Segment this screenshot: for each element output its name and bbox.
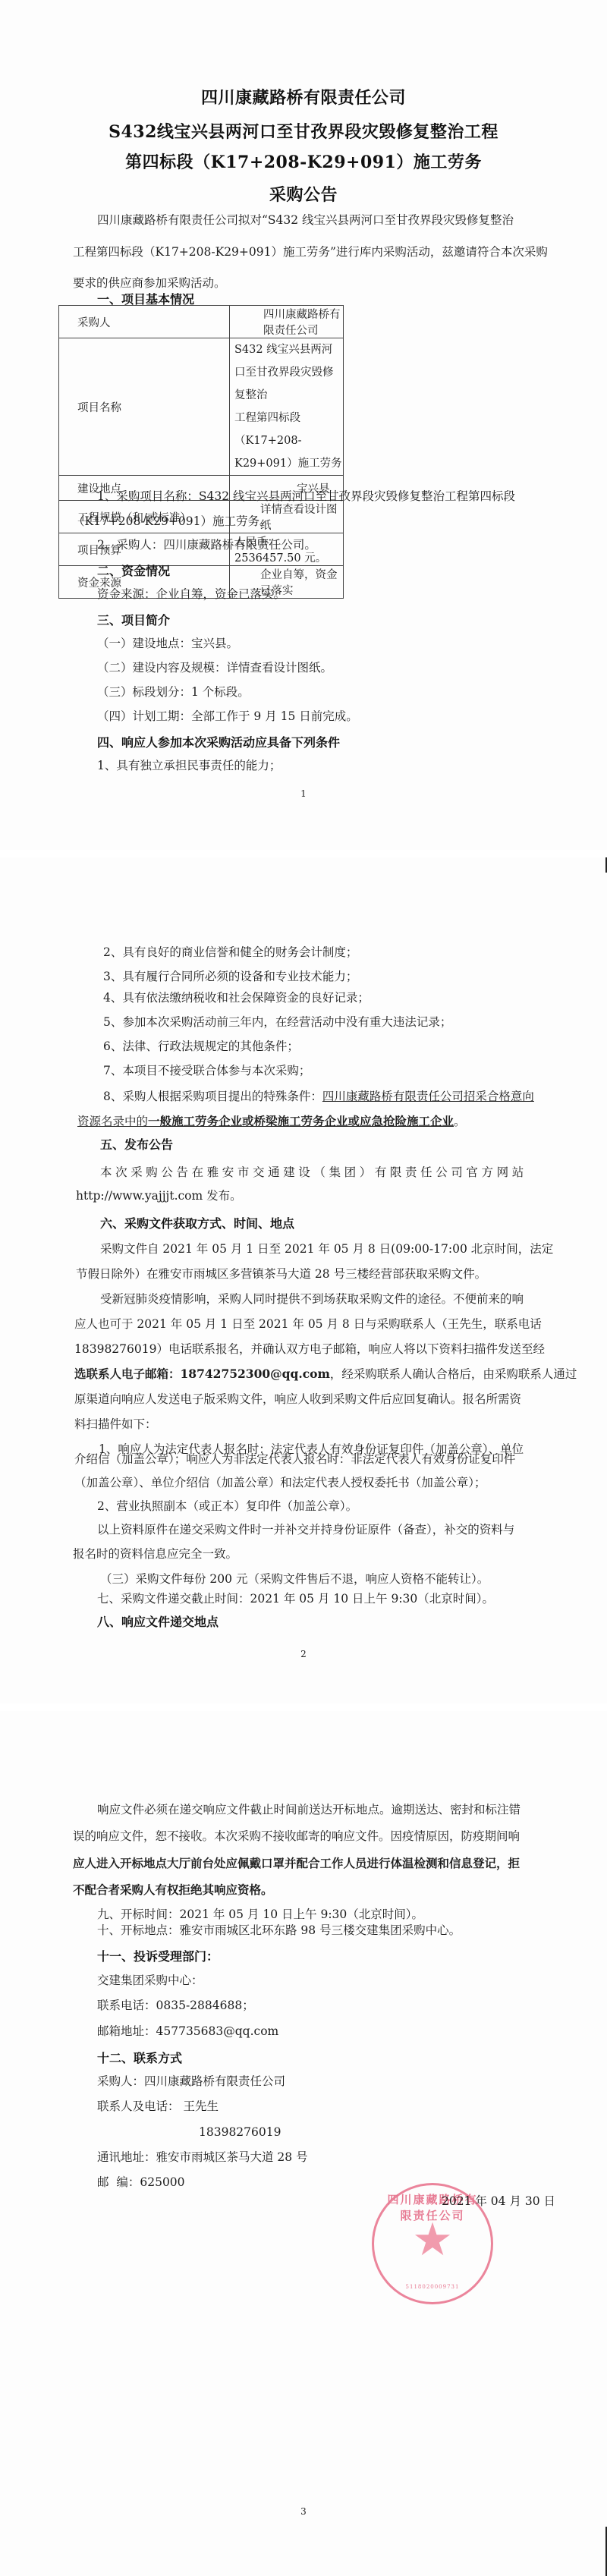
item-text: （四）计划工期：全部工作于 9 月 15 日前完成。 xyxy=(97,709,358,724)
item-text: 6、法律、行政法规规定的其他条件； xyxy=(103,1039,299,1054)
opening-place: 十、开标地点：雅安市雨城区北环东路 98 号三楼交建集团采购中心。 xyxy=(97,1923,461,1938)
acquire-line: 应人也可于 2021 年 05 月 1 日至 2021 年 05 月 8 日与采… xyxy=(74,1316,542,1332)
complaint-phone: 联系电话：0835-2884688； xyxy=(97,1998,254,2013)
contact-person: 联系人及电话： 王先生 xyxy=(97,2099,219,2114)
funding-text: 资金来源：企业自筹，资金已落实。 xyxy=(97,587,285,602)
item-text: 7、本项目不接受联合体参与本次采购； xyxy=(103,1063,310,1078)
delivery-line: 不配合者采购人有权拒绝其响应资格。 xyxy=(73,1882,273,1898)
delivery-line: 响应文件必须在递交响应文件截止时间前送达开标地点。逾期送达、密封和标注错 xyxy=(97,1802,521,1817)
acquire-line: 2、营业执照副本（或正本）复印件（加盖公章）。 xyxy=(97,1499,357,1514)
project-info-table: 采购人 四川康藏路桥有限责任公司 项目名称 S432 线宝兴县两河口至甘孜界段灾… xyxy=(58,305,344,599)
contact-postcode: 邮 编：625000 xyxy=(97,2175,185,2190)
publish-line: http://www.yajjjt.com 发布。 xyxy=(76,1188,242,1203)
page-number: 1 xyxy=(0,788,607,799)
acquire-line: （三）采购文件每份 200 元（采购文件售后不退，响应人资格不能转让）。 xyxy=(100,1571,489,1587)
item8-underlined-bold: 一般施工劳务企业或桥梁施工劳务企业或应急抢险施工企业 xyxy=(148,1114,454,1128)
item-text: 4、具有依法缴纳税收和社会保障资金的良好记录； xyxy=(103,990,370,1005)
acquire-line: 受新冠肺炎疫情影响，采购人同时提供不到场获取采购文件的途径。不便前来的响 xyxy=(100,1291,524,1307)
section-heading: 六、采购文件获取方式、时间、地点 xyxy=(100,1214,294,1231)
acquire-line: 18398276019）电话联系报名，并确认双方电子邮箱，响应人将以下资料扫描件… xyxy=(74,1341,545,1357)
acquire-line: 以上资料原件在递交采购文件时一并补交并持身份证原件（备查），补交的资料与 xyxy=(97,1522,514,1537)
table-label: 项目名称 xyxy=(59,338,230,476)
item-text: （三）标段划分：1 个标段。 xyxy=(97,684,250,700)
opening-time: 九、开标时间：2021 年 05 月 10 日上午 9:30（北京时间）。 xyxy=(97,1907,423,1922)
item8-underlined: 资源名录中的 xyxy=(77,1115,148,1128)
table-label: 采购人 xyxy=(59,306,230,338)
table-value: 四川康藏路桥有限责任公司 xyxy=(230,306,344,338)
item-text: 8、采购人根据采购项目提出的特殊条件：四川康藏路桥有限责任公司招采合格意向 xyxy=(103,1089,534,1104)
table-row: 项目名称 S432 线宝兴县两河口至甘孜界段灾毁修复整治 工程第四标段（K17+… xyxy=(59,338,344,476)
item8-suffix: 。 xyxy=(454,1115,466,1128)
section-title: 第四标段（K17+208-K29+091）施工劳务 xyxy=(0,149,607,173)
email-label: 选联系人电子邮箱： xyxy=(74,1367,181,1381)
acquire-line: 采购文件自 2021 年 05 月 1 日至 2021 年 05 月 8 日(0… xyxy=(100,1241,553,1257)
item-text: 2、具有良好的商业信誉和健全的财务会计制度； xyxy=(103,945,357,960)
issue-date: 2021 年 04 月 30 日 xyxy=(442,2194,555,2209)
section-heading: 五、发布公告 xyxy=(100,1135,173,1153)
acquire-line: 料扫描件如下： xyxy=(74,1417,157,1432)
page-number: 2 xyxy=(0,1649,607,1659)
item-text: 3、具有履行合同所必须的设备和专业技术能力； xyxy=(103,969,357,984)
section-heading: 十二、联系方式 xyxy=(97,2049,182,2066)
acquire-line: 介绍信（加盖公章）；响应人为非法定代表人报名时：非法定代表人有效身份证复印件 xyxy=(74,1452,515,1467)
company-title: 四川康藏路桥有限责任公司 xyxy=(0,85,607,109)
item-text: 资源名录中的一般施工劳务企业或桥梁施工劳务企业或应急抢险施工企业。 xyxy=(77,1114,466,1129)
item-text: 2、采购人：四川康藏路桥有限责任公司。 xyxy=(97,537,316,552)
acquire-line: 节假日除外）在雅安市雨城区多营镇茶马大道 28 号三楼经营部获取采购文件。 xyxy=(76,1266,486,1282)
intro-line: 要求的供应商参加采购活动。 xyxy=(73,275,226,291)
acquire-line: 原渠道向响应人发送电子版采购文件，响应人收到采购文件后应回复确认。报名所需资 xyxy=(74,1392,521,1407)
acquire-line: （加盖公章）、单位介绍信（加盖公章）和法定代表人授权委托书（加盖公章）； xyxy=(74,1475,486,1490)
complaint-email[interactable]: 邮箱地址：457735683@qq.com xyxy=(97,2024,278,2039)
section-heading: 四、响应人参加本次采购活动应具备下列条件 xyxy=(97,733,340,750)
item8-underlined: 四川康藏路桥有限责任公司招采合格意向 xyxy=(322,1090,534,1103)
table-value: S432 线宝兴县两河口至甘孜界段灾毁修复整治 工程第四标段（K17+208-K… xyxy=(230,338,344,476)
notice-title: 采购公告 xyxy=(0,182,607,206)
table-row: 采购人 四川康藏路桥有限责任公司 xyxy=(59,306,344,338)
section-heading: 八、响应文件递交地点 xyxy=(97,1612,219,1630)
contact-address: 通讯地址：雅安市雨城区茶马大道 28 号 xyxy=(97,2150,308,2165)
acquire-line: 选联系人电子邮箱：18742752300@qq.com，经采购联系人确认合格后，… xyxy=(74,1367,577,1382)
page-number: 3 xyxy=(0,2506,607,2517)
table-value-line: S432 线宝兴县两河口至甘孜界段灾毁修复整治 xyxy=(234,338,343,407)
star-icon: ★ xyxy=(374,2217,491,2263)
section-heading: 三、项目简介 xyxy=(97,611,170,628)
delivery-line: 误的响应文件，恕不接收。本次采购不接收邮寄的响应文件。因疫情原因，防疫期间响 xyxy=(73,1829,520,1844)
item-text: （K17+208-K29+091）施工劳务。 xyxy=(73,514,272,529)
section-heading: 二、资金情况 xyxy=(97,561,170,579)
project-title: S432线宝兴县两河口至甘孜界段灾毁修复整治工程 xyxy=(0,119,607,143)
deadline-text: 七、采购文件递交截止时间：2021 年 05 月 10 日上午 9:30（北京时… xyxy=(97,1591,494,1606)
intro-line: 工程第四标段（K17+208-K29+091）施工劳务”进行库内采购活动，兹邀请… xyxy=(73,244,548,259)
item-text: 1、采购项目名称：S432 线宝兴县两河口至甘孜界段灾毁修复整治工程第四标段 xyxy=(97,489,515,504)
contact-phone: 18398276019 xyxy=(199,2125,281,2140)
email-suffix: ，经采购联系人确认合格后，由采购联系人通过 xyxy=(330,1367,577,1381)
item-text: 1、具有独立承担民事责任的能力； xyxy=(97,758,281,773)
contact-purchaser: 采购人：四川康藏路桥有限责任公司 xyxy=(97,2074,285,2089)
email-link[interactable]: 18742752300@qq.com xyxy=(181,1367,330,1381)
contact-name: 王先生 xyxy=(183,2099,219,2113)
delivery-line: 应人进入开标地点大厅前台处应佩戴口罩并配合工作人员进行体温检测和信息登记，拒 xyxy=(73,1856,520,1871)
complaint-line: 交建集团采购中心： xyxy=(97,1973,203,1988)
publish-line: 本次采购公告在雅安市交通建设（集团）有限责任公司官方网站 xyxy=(100,1165,527,1180)
item-text: （二）建设内容及规模：详情查看设计图纸。 xyxy=(97,660,332,675)
contact-label: 联系人及电话： xyxy=(97,2099,180,2113)
table-value-line: 工程第四标段（K17+208-K29+091）施工劳务 xyxy=(234,407,343,475)
section-heading: 十一、投诉受理部门： xyxy=(97,1947,219,1964)
item8-prefix: 8、采购人根据采购项目提出的特殊条件： xyxy=(103,1090,322,1103)
intro-line: 四川康藏路桥有限责任公司拟对“S432 线宝兴县两河口至甘孜界段灾毁修复整治 xyxy=(97,212,514,228)
acquire-line: 报名时的资料信息应完全一致。 xyxy=(73,1546,237,1562)
seal-code: 5118020009731 xyxy=(397,2284,468,2290)
item-text: （一）建设地点：宝兴县。 xyxy=(97,636,238,651)
item-text: 5、参加本次采购活动前三年内，在经营活动中没有重大违法记录； xyxy=(103,1014,451,1030)
